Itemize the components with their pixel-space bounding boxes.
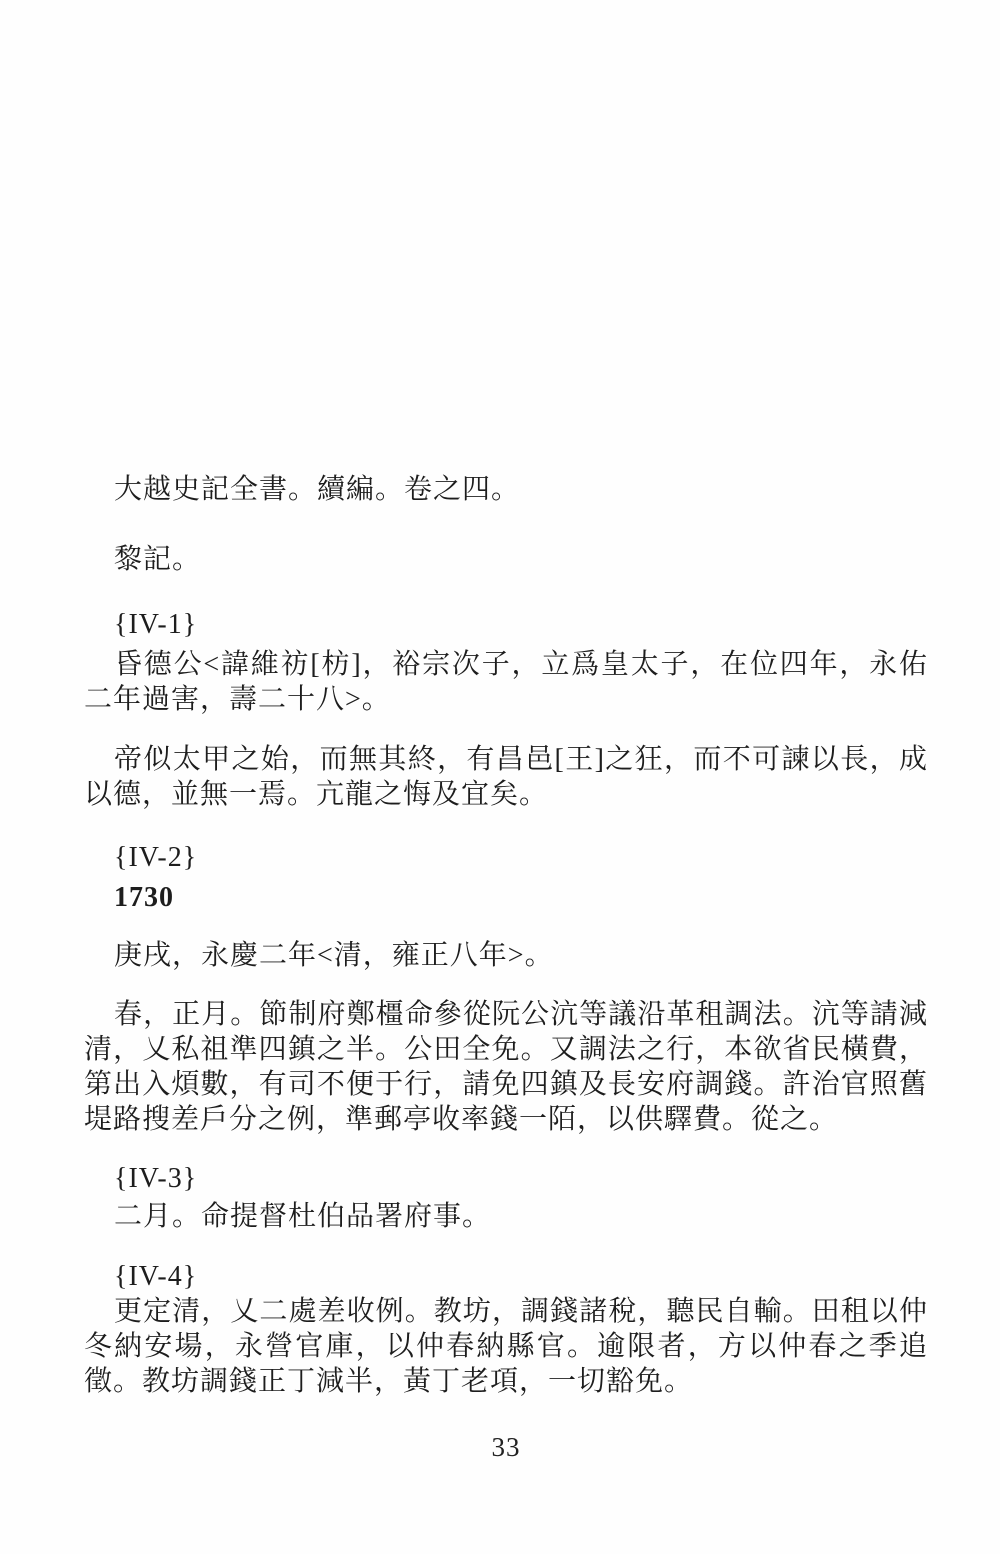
entry-marker-iv-3: {IV-3} — [84, 1161, 928, 1196]
record-heading: 黎記。 — [84, 542, 928, 577]
entry-paragraph: 庚戌，永慶二年<清，雍正八年>。 — [84, 938, 928, 973]
page-number: 33 — [84, 1432, 928, 1463]
entry-marker-iv-2: {IV-2} — [84, 840, 928, 875]
entry-paragraph: 更定清，乂二處差收例。教坊，調錢諸稅，聽民自輸。田租以仲冬納安場，永營官庫，以仲… — [84, 1294, 928, 1399]
year-heading: 1730 — [84, 880, 928, 915]
entry-marker-iv-4: {IV-4} — [84, 1259, 928, 1294]
book-title-line: 大越史記全書。續編。卷之四。 — [84, 472, 928, 507]
document-page: 大越史記全書。續編。卷之四。 黎記。 {IV-1} 昏德公<諱維祊[枋]，裕宗次… — [0, 0, 1000, 1554]
entry-paragraph: 春，正月。節制府鄭橿命參從阮公沆等議沿革租調法。沆等請減清，乂私祖準四鎮之半。公… — [84, 997, 928, 1137]
text-block: 大越史記全書。續編。卷之四。 黎記。 {IV-1} 昏德公<諱維祊[枋]，裕宗次… — [84, 472, 928, 1399]
entry-marker-iv-1: {IV-1} — [84, 607, 928, 642]
entry-paragraph: 昏德公<諱維祊[枋]，裕宗次子，立爲皇太子，在位四年，永佑二年過害，壽二十八>。 — [84, 647, 928, 717]
entry-paragraph: 帝似太甲之始，而無其終，有昌邑[王]之狂，而不可諫以長，成以德，並無一焉。亢龍之… — [84, 742, 928, 812]
entry-paragraph: 二月。命提督杜伯品署府事。 — [84, 1199, 928, 1234]
